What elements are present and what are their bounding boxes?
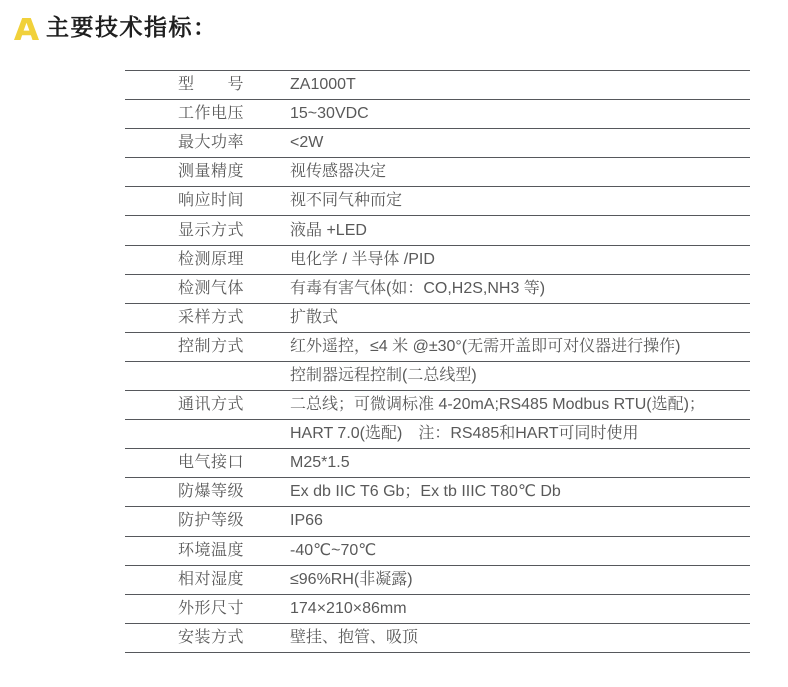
row-value: 电化学 / 半导体 /PID xyxy=(290,252,750,268)
table-row: 防爆等级Ex db IIC T6 Gb；Ex tb IIIC T80℃ Db xyxy=(125,477,750,506)
row-label: 通讯方式 xyxy=(125,397,290,413)
row-label: 显示方式 xyxy=(125,223,290,239)
table-row: 外形尺寸174×210×86mm xyxy=(125,594,750,623)
row-label: 防护等级 xyxy=(125,513,290,529)
row-label: 测量精度 xyxy=(125,164,290,180)
table-row: 控制方式红外遥控，≤4 米 @±30°(无需开盖即可对仪器进行操作) xyxy=(125,332,750,361)
row-value: 控制器远程控制(二总线型) xyxy=(290,368,750,384)
table-row: 防护等级IP66 xyxy=(125,506,750,535)
row-label: 检测气体 xyxy=(125,281,290,297)
row-value: 红外遥控，≤4 米 @±30°(无需开盖即可对仪器进行操作) xyxy=(290,339,750,355)
row-label: 最大功率 xyxy=(125,135,290,151)
row-label: 采样方式 xyxy=(125,310,290,326)
row-label: 防爆等级 xyxy=(125,484,290,500)
table-row: 检测原理电化学 / 半导体 /PID xyxy=(125,245,750,274)
row-value: 液晶 +LED xyxy=(290,223,750,239)
row-value: IP66 xyxy=(290,513,750,529)
table-row: 相对湿度≤96%RH(非凝露) xyxy=(125,565,750,594)
row-label: 环境温度 xyxy=(125,543,290,559)
table-row: 型 号ZA1000T xyxy=(125,70,750,99)
table-row: 电气接口M25*1.5 xyxy=(125,448,750,477)
row-value: 扩散式 xyxy=(290,310,750,326)
row-value: 二总线；可微调标准 4-20mA;RS485 Modbus RTU(选配)； xyxy=(290,397,750,413)
row-value: 有毒有害气体(如：CO,H2S,NH3 等) xyxy=(290,281,750,297)
row-label: 外形尺寸 xyxy=(125,601,290,617)
spec-table: 型 号ZA1000T工作电压15~30VDC最大功率<2W测量精度视传感器决定响… xyxy=(125,70,750,653)
table-row: 环境温度-40℃~70℃ xyxy=(125,536,750,565)
triangle-a-logo-icon xyxy=(14,18,39,40)
row-label: 响应时间 xyxy=(125,193,290,209)
table-row: 安装方式壁挂、抱管、吸顶 xyxy=(125,623,750,652)
row-value: ZA1000T xyxy=(290,77,750,93)
row-value: 174×210×86mm xyxy=(290,601,750,617)
table-row: HART 7.0(选配) 注：RS485和HART可同时使用 xyxy=(125,419,750,448)
row-label: 型 号 xyxy=(125,77,290,93)
row-value: ≤96%RH(非凝露) xyxy=(290,572,750,588)
row-label: 电气接口 xyxy=(125,455,290,471)
row-label: 相对湿度 xyxy=(125,572,290,588)
table-row: 最大功率<2W xyxy=(125,128,750,157)
row-label: 检测原理 xyxy=(125,252,290,268)
row-value: M25*1.5 xyxy=(290,455,750,471)
row-value: 15~30VDC xyxy=(290,106,750,122)
page-title: 主要技术指标： xyxy=(46,14,218,42)
table-row: 通讯方式二总线；可微调标准 4-20mA;RS485 Modbus RTU(选配… xyxy=(125,390,750,419)
row-label: 工作电压 xyxy=(125,106,290,122)
row-value: -40℃~70℃ xyxy=(290,543,750,559)
table-row: 控制器远程控制(二总线型) xyxy=(125,361,750,390)
section-header: 主要技术指标： xyxy=(14,14,218,42)
table-row: 采样方式扩散式 xyxy=(125,303,750,332)
table-row: 显示方式液晶 +LED xyxy=(125,215,750,244)
row-label: 安装方式 xyxy=(125,630,290,646)
table-row: 响应时间视不同气种而定 xyxy=(125,186,750,215)
table-row: 测量精度视传感器决定 xyxy=(125,157,750,186)
row-label: 控制方式 xyxy=(125,339,290,355)
row-value: 壁挂、抱管、吸顶 xyxy=(290,630,750,646)
table-row: 工作电压15~30VDC xyxy=(125,99,750,128)
row-value: 视传感器决定 xyxy=(290,164,750,180)
row-value: Ex db IIC T6 Gb；Ex tb IIIC T80℃ Db xyxy=(290,484,750,500)
row-value: 视不同气种而定 xyxy=(290,193,750,209)
row-value: <2W xyxy=(290,135,750,151)
row-value: HART 7.0(选配) 注：RS485和HART可同时使用 xyxy=(290,426,750,442)
table-row: 检测气体有毒有害气体(如：CO,H2S,NH3 等) xyxy=(125,274,750,303)
